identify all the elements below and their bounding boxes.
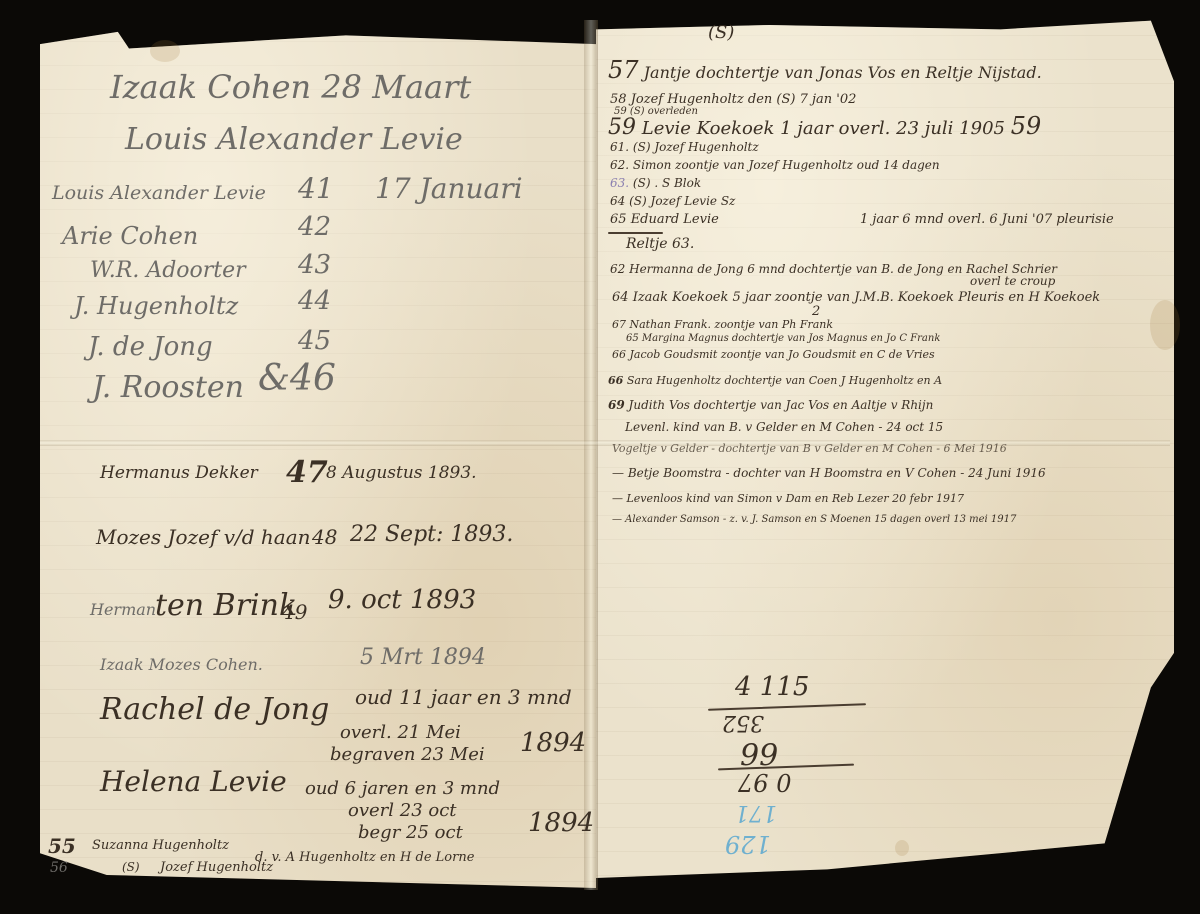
entry-name: J. Roosten [92,370,244,405]
entry-line: 65 Margina Magnus dochtertje van Jos Mag… [626,333,940,344]
entry-text: Judith Vos dochtertje van Jac Vos en Aal… [629,398,934,412]
calc-line: 352 [722,710,764,735]
entry-number: 62. [610,158,629,172]
entry-number: 47 [286,455,328,490]
entry-age: oud 6 jaren en 3 mnd [305,778,500,799]
entry-date: 9. oct 1893 [328,585,476,615]
entry-number: 56 [50,860,68,876]
entry-name: J. de Jong [88,332,213,362]
entry-text: Nathan Frank. zoontje van Ph Frank [630,318,834,331]
entry-number: 62 [610,262,625,276]
entry-line: — Levenloos kind van Simon v Dam en Reb … [612,492,964,505]
entry-date: 8 Augustus 1893. [326,463,477,483]
entry-text: Simon zoontje van Jozef Hugenholtz oud 1… [633,158,940,172]
stain [150,40,180,62]
entry-number: 64 [612,290,629,305]
entry-died: overl. 21 Mei [340,722,461,743]
entry-line: 61. (S) Jozef Hugenholtz [610,140,759,154]
stain [1150,300,1180,350]
entry-name: Mozes Jozef v/d haan [96,525,311,549]
entry-text: Margina Magnus dochtertje van Jos Magnus… [642,333,940,344]
entry-line: — Betje Boomstra - dochter van H Boomstr… [612,466,1046,480]
center-fold [584,20,598,890]
entry-line: 64 Izaak Koekoek 5 jaar zoontje van J.M.… [612,290,1100,305]
entry-name: J. Hugenholtz [74,292,238,320]
entry-number: 63. [610,176,629,190]
entry-text: Levie Koekoek 1 jaar overl. 23 juli 1905 [642,118,1005,139]
blue-mark: 129 [725,830,771,858]
entry-prefix: Herman [90,600,156,619]
entry-name: W.R. Adoorter [90,258,246,283]
entry-line: 66 Jacob Goudsmit zoontje van Jo Goudsmi… [612,348,935,361]
entry-text: (S) Jozef Hugenholtz [633,140,759,154]
entry-number: &46 [258,358,336,399]
entry-line: Levenl. kind van B. v Gelder en M Cohen … [625,420,943,434]
entry-text: Jantje dochtertje van Jonas Vos en Reltj… [644,63,1042,82]
entry-line: Vogeltje v Gelder - dochtertje van B v G… [612,442,1007,455]
entry-line: 69 Judith Vos dochtertje van Jac Vos en … [608,398,933,412]
entry-name: Louis Alexander Levie [52,182,266,204]
entry-name: Rachel de Jong [100,692,329,727]
entry-title: Izaak Cohen 28 Maart [110,68,471,106]
entry-line: 65 Eduard Levie [610,212,719,227]
entry-date: 5 Mrt 1894 [360,645,486,670]
entry-name: Suzanna Hugenholtz [92,838,229,853]
entry-note: 1 jaar 6 mnd overl. 6 Juni '07 pleurisie [860,212,1114,227]
entry-subtitle: Louis Alexander Levie [125,122,463,157]
entry-year: 1894 [528,808,594,838]
entry-number: 61. [610,140,629,154]
entry-number: 48 [312,525,337,549]
entry-margin: 2 [812,304,820,319]
entry-note: d. v. A Hugenholtz en H de Lorne [255,850,474,865]
entry-note: 17 Januari [375,172,523,205]
blue-mark: 171 [735,800,777,825]
page-header: (S) [708,22,734,43]
entry-number: 42 [298,212,331,242]
calc-line: 4 115 [735,672,809,702]
entry-number: 69 [608,398,625,412]
entry-number: 43 [298,250,331,280]
entry-number: 57 [608,56,639,84]
entry-number: 55 [48,834,76,858]
entry-line: 63. (S) . S Blok [610,176,701,190]
entry-year: 1894 [520,728,586,758]
entry-text: Jacob Goudsmit zoontje van Jo Goudsmit e… [630,348,935,361]
section-label: Reltje 63. [626,236,694,252]
entry-text: (S) Jozef Levie Sz [629,194,735,208]
entry-line: 62. Simon zoontje van Jozef Hugenholtz o… [610,158,940,172]
entry-line: 58 Jozef Hugenholtz den (S) 7 jan '02 [610,92,856,107]
entry-name: Jozef Hugenholtz [160,860,273,875]
calc-line: 0 97 [738,768,791,796]
entry-number: 64 [610,194,625,208]
entry-number: 49 [282,600,307,624]
entry-name: Arie Cohen [62,222,198,250]
entry-prefix: (S) [122,860,140,874]
entry-line: 57 Jantje dochtertje van Jonas Vos en Re… [608,56,1042,84]
entry-text: Sara Hugenholtz dochtertje van Coen J Hu… [627,374,942,387]
entry-number: 66 [608,374,623,387]
entry-number: 65 [626,333,639,344]
entry-line: 59 Levie Koekoek 1 jaar overl. 23 juli 1… [608,112,1041,140]
entry-note: overl te croup [970,274,1055,288]
divider [608,232,663,234]
entry-line: 67 Nathan Frank. zoontje van Ph Frank [612,318,833,331]
entry-line: 64 (S) Jozef Levie Sz [610,194,735,208]
entry-text: (S) . S Blok [633,176,701,190]
calc-line: 66 [740,735,778,770]
entry-number: 59 [608,115,636,140]
entry-number: 66 [612,348,626,361]
entry-line: — Alexander Samson - z. v. J. Samson en … [612,514,1016,525]
entry-buried: begr 25 oct [358,822,463,843]
entry-number: 58 [610,92,627,107]
entry-text: Izaak Koekoek 5 jaar zoontje van J.M.B. … [633,290,1100,305]
entry-line: 66 Sara Hugenholtz dochtertje van Coen J… [608,374,942,387]
entry-text: Eduard Levie [631,212,719,227]
entry-name: Izaak Mozes Cohen. [100,655,263,674]
entry-text: Jozef Hugenholtz den (S) 7 jan '02 [631,92,857,107]
entry-number: 41 [298,172,334,205]
stain [895,840,909,856]
entry-margin: 59 [1011,112,1042,140]
entry-number: 65 [610,212,627,227]
entry-name: Hermanus Dekker [100,463,258,483]
entry-number: 45 [298,326,331,356]
entry-number: 67 [612,318,626,331]
entry-name: Helena Levie [100,765,287,798]
entry-date: 22 Sept: 1893. [350,522,513,547]
entry-buried: begraven 23 Mei [330,744,485,765]
entry-number: 44 [298,286,331,316]
entry-died: overl 23 oct [348,800,457,821]
entry-age: oud 11 jaar en 3 mnd [355,685,572,709]
entry-name: ten Brink [155,588,297,623]
